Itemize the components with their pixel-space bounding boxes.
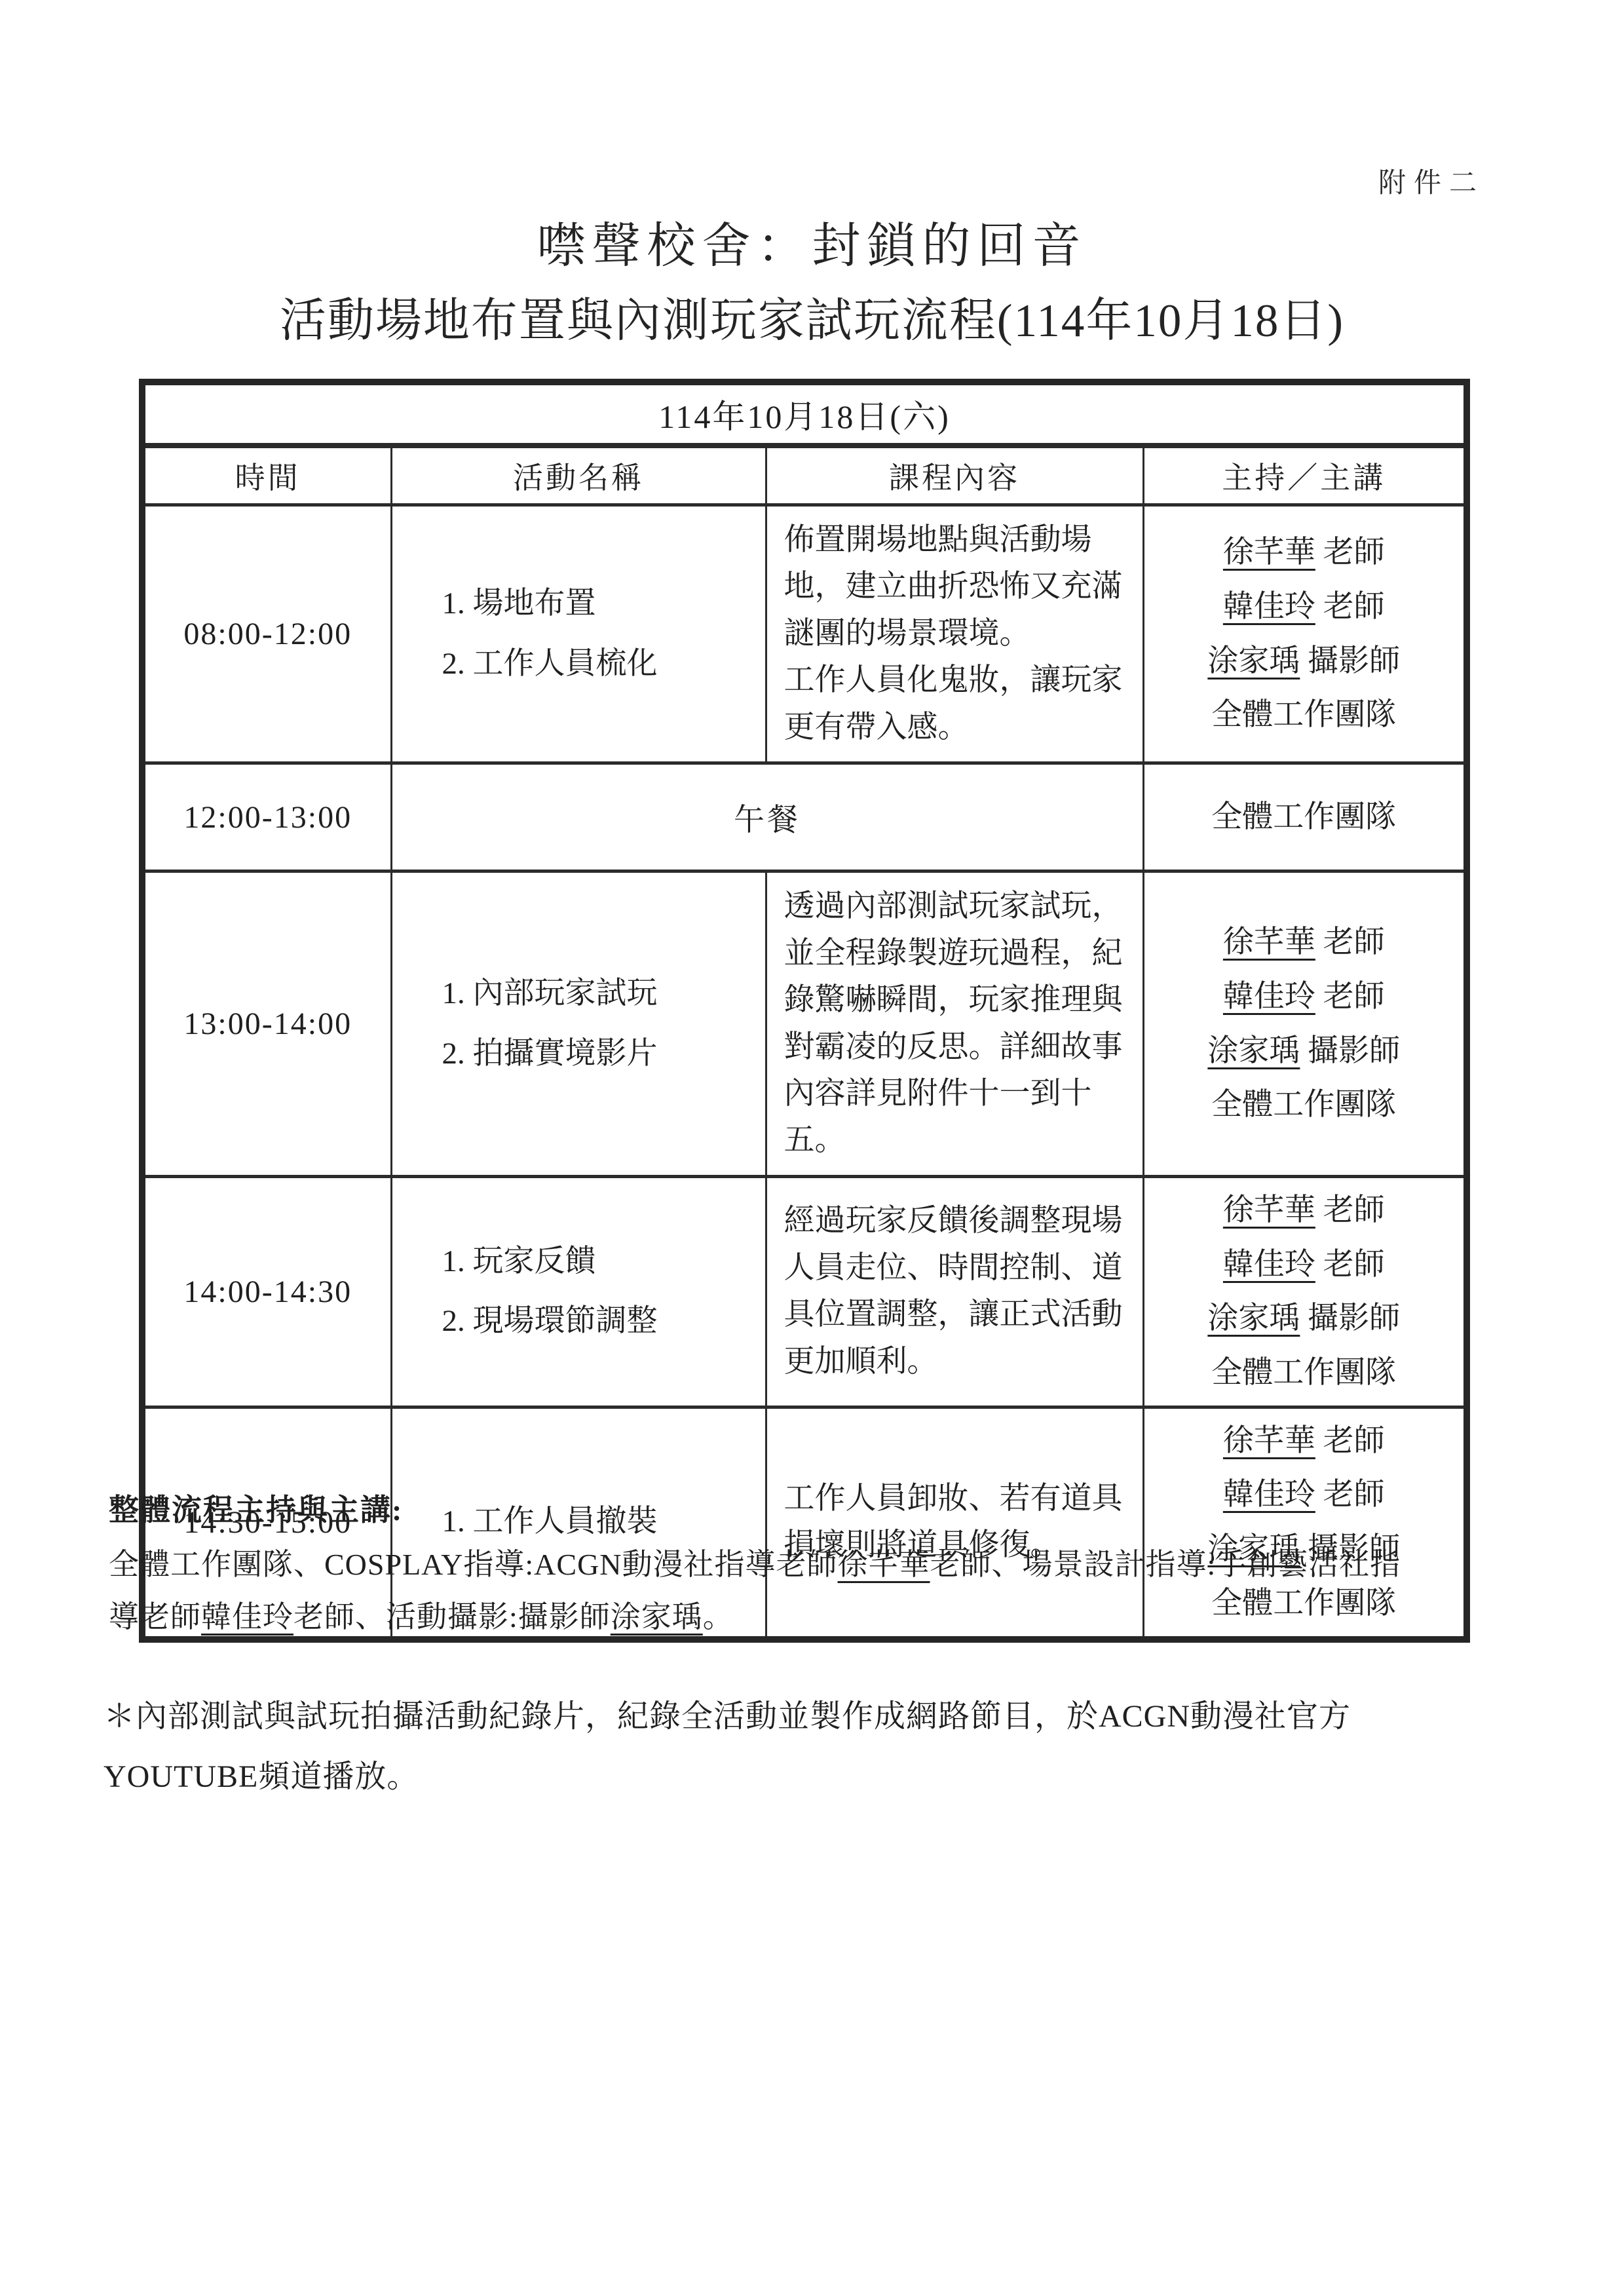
activity-cell: 1. 玩家反饋 2. 現場環節調整 — [391, 1176, 766, 1407]
content-cell: 透過內部測試玩家試玩，並全程錄製遊玩過程，紀錄驚嚇瞬間，玩家推理與對霸凌的反思。… — [766, 871, 1143, 1177]
activity-item: 1. 玩家反饋 — [442, 1232, 752, 1292]
col-header-activity: 活動名稱 — [391, 446, 766, 505]
host-role: 攝影師 — [1300, 1301, 1400, 1335]
host-role: 全體工作團隊 — [1211, 1088, 1396, 1122]
activity-item: 2. 現場環節調整 — [442, 1291, 752, 1352]
lunch-cell: 午餐 — [391, 763, 1143, 871]
host-role: 老師 — [1315, 1193, 1385, 1227]
content-paragraph: 工作人員化鬼妝，讓玩家更有帶入感。 — [784, 657, 1125, 751]
table-date-row: 114年10月18日(六) — [142, 382, 1467, 446]
host-role: 攝影師 — [1300, 644, 1400, 678]
host-name: 徐芊華 — [1223, 1193, 1315, 1227]
time-cell: 13:00-14:00 — [142, 871, 391, 1177]
footer-name-underlined: 韓佳玲 — [201, 1600, 293, 1634]
time-cell: 12:00-13:00 — [142, 763, 391, 871]
document-page: 附件二 噤聲校舍：封鎖的回音 活動場地布置與內測玩家試玩流程(114年10月18… — [0, 0, 1624, 2296]
col-header-host: 主持／主講 — [1143, 446, 1467, 505]
time-cell: 08:00-12:00 — [142, 505, 391, 763]
host-line: 韓佳玲 老師 — [1148, 580, 1460, 634]
footer-heading: 整體流程主持與主講: — [109, 1486, 1415, 1529]
document-title: 噤聲校舍：封鎖的回音 — [0, 207, 1624, 277]
footer-paragraph: 全體工作團隊、COSPLAY指導:ACGN動漫社指導老師徐芊華老師、場景設計指導… — [109, 1539, 1415, 1643]
footer-credits: 整體流程主持與主講: 全體工作團隊、COSPLAY指導:ACGN動漫社指導老師徐… — [109, 1486, 1415, 1643]
footer-name-underlined: 徐芊華 — [838, 1548, 930, 1581]
content-paragraph: 佈置開場地點與活動場地，建立曲折恐怖又充滿謎團的場景環境。 — [784, 517, 1125, 657]
host-line: 涂家瑀 攝影師 — [1148, 1291, 1460, 1346]
host-cell: 徐芊華 老師 韓佳玲 老師 涂家瑀 攝影師 全體工作團隊 — [1143, 505, 1467, 763]
document-subtitle: 活動場地布置與內測玩家試玩流程(114年10月18日) — [0, 283, 1624, 350]
schedule-table: 114年10月18日(六) 時間 活動名稱 課程內容 主持／主講 08:00-1… — [139, 379, 1470, 1643]
host-name: 涂家瑀 — [1207, 1301, 1300, 1335]
col-header-time: 時間 — [142, 446, 391, 505]
host-line: 韓佳玲 老師 — [1148, 1238, 1460, 1292]
footer-name-underlined: 涂家瑀 — [611, 1600, 703, 1634]
footer-text: 全體工作團隊、COSPLAY指導:ACGN動漫社指導老師 — [109, 1548, 838, 1581]
content-paragraph: 透過內部測試玩家試玩，並全程錄製遊玩過程，紀錄驚嚇瞬間，玩家推理與對霸凌的反思。… — [784, 883, 1125, 1164]
host-role: 老師 — [1315, 925, 1385, 959]
host-line: 全體工作團隊 — [1148, 1078, 1460, 1132]
host-name: 涂家瑀 — [1207, 1034, 1300, 1068]
activity-item: 1. 內部玩家試玩 — [442, 964, 752, 1024]
host-line: 涂家瑀 攝影師 — [1148, 1024, 1460, 1079]
table-date-header: 114年10月18日(六) — [142, 382, 1467, 446]
host-line: 全體工作團隊 — [1148, 688, 1460, 742]
footer-text: 。 — [703, 1600, 734, 1634]
host-name: 徐芊華 — [1223, 535, 1315, 569]
host-name: 徐芊華 — [1223, 1424, 1315, 1458]
host-line: 韓佳玲 老師 — [1148, 970, 1460, 1024]
table-header-row: 時間 活動名稱 課程內容 主持／主講 — [142, 446, 1467, 505]
host-cell: 全體工作團隊 — [1143, 763, 1467, 871]
host-name: 徐芊華 — [1223, 925, 1315, 959]
host-name: 韓佳玲 — [1223, 590, 1315, 624]
host-role: 全體工作團隊 — [1211, 1356, 1396, 1390]
host-role: 全體工作團隊 — [1211, 698, 1396, 732]
time-cell: 14:00-14:30 — [142, 1176, 391, 1407]
footer-text: 老師、活動攝影:攝影師 — [293, 1600, 611, 1634]
host-role: 老師 — [1315, 980, 1385, 1014]
host-line: 徐芊華 老師 — [1148, 526, 1460, 580]
host-role: 老師 — [1315, 1424, 1385, 1458]
host-line: 徐芊華 老師 — [1148, 915, 1460, 970]
activity-item: 2. 拍攝實境影片 — [442, 1024, 752, 1084]
host-name: 韓佳玲 — [1223, 1248, 1315, 1282]
col-header-content: 課程內容 — [766, 446, 1143, 505]
content-cell: 經過玩家反饋後調整現場人員走位、時間控制、道具位置調整，讓正式活動更加順利。 — [766, 1176, 1143, 1407]
host-name: 涂家瑀 — [1207, 644, 1300, 678]
host-name: 韓佳玲 — [1223, 980, 1315, 1014]
host-cell: 徐芊華 老師 韓佳玲 老師 涂家瑀 攝影師 全體工作團隊 — [1143, 871, 1467, 1177]
content-paragraph: 經過玩家反饋後調整現場人員走位、時間控制、道具位置調整，讓正式活動更加順利。 — [784, 1198, 1125, 1385]
host-line: 徐芊華 老師 — [1148, 1183, 1460, 1238]
note-paragraph: ＊內部測試與試玩拍攝活動紀錄片，紀錄全活動並製作成網路節目，於ACGN動漫社官方… — [104, 1687, 1450, 1807]
activity-cell: 1. 場地布置 2. 工作人員梳化 — [391, 505, 766, 763]
host-role: 老師 — [1315, 1248, 1385, 1282]
attachment-label: 附件二 — [1378, 161, 1484, 201]
content-cell: 佈置開場地點與活動場地，建立曲折恐怖又充滿謎團的場景環境。 工作人員化鬼妝，讓玩… — [766, 505, 1143, 763]
activity-item: 1. 場地布置 — [442, 574, 752, 634]
table-row: 14:00-14:30 1. 玩家反饋 2. 現場環節調整 經過玩家反饋後調整現… — [142, 1176, 1467, 1407]
host-line: 涂家瑀 攝影師 — [1148, 634, 1460, 689]
host-line: 徐芊華 老師 — [1148, 1414, 1460, 1468]
activity-cell: 1. 內部玩家試玩 2. 拍攝實境影片 — [391, 871, 766, 1177]
host-role: 老師 — [1315, 535, 1385, 569]
activity-item: 2. 工作人員梳化 — [442, 634, 752, 695]
host-role: 老師 — [1315, 590, 1385, 624]
host-role: 攝影師 — [1300, 1034, 1400, 1068]
host-line: 全體工作團隊 — [1148, 1346, 1460, 1400]
table-row: 08:00-12:00 1. 場地布置 2. 工作人員梳化 佈置開場地點與活動場… — [142, 505, 1467, 763]
table-row-lunch: 12:00-13:00 午餐 全體工作團隊 — [142, 763, 1467, 871]
host-cell: 徐芊華 老師 韓佳玲 老師 涂家瑀 攝影師 全體工作團隊 — [1143, 1176, 1467, 1407]
host-role: 全體工作團隊 — [1211, 800, 1396, 834]
table-row: 13:00-14:00 1. 內部玩家試玩 2. 拍攝實境影片 透過內部測試玩家… — [142, 871, 1467, 1177]
host-line: 全體工作團隊 — [1148, 790, 1460, 845]
